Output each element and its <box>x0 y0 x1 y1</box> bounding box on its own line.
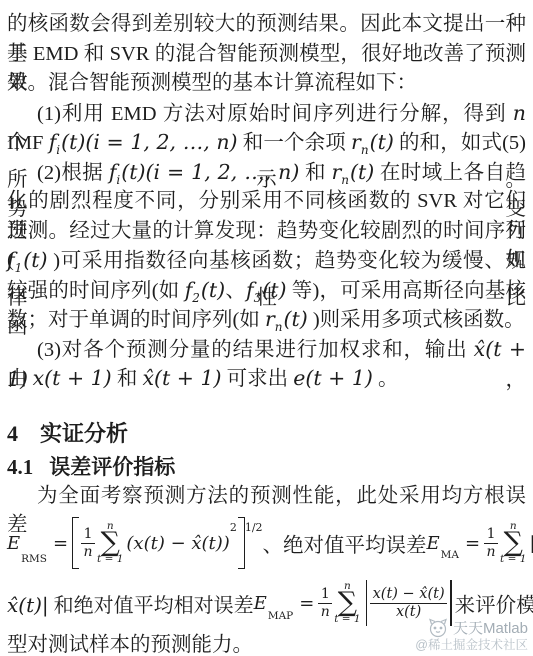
math-f-3-of-t: f3(t) <box>246 280 286 302</box>
paragraph-text: 来评价模 <box>455 588 533 618</box>
formula-e-ma: EMA = 1n n∑t = 1 |x(t) − <box>427 521 533 565</box>
formula-line: ERMS = 1n n∑t = 1 (x(t) − x̂(t))2 1/2 、绝… <box>7 511 526 575</box>
math-f-i-of-t: fi(t) <box>49 132 86 154</box>
text-line: 数；对于单调的时间序列(如 rn(t) )则采用多项式核函数。 <box>7 305 526 335</box>
text-line: 为全面考察预测方法的预测性能，此处采用均方根误差 <box>7 482 526 512</box>
step2-text: 数；对于单调的时间序列(如 <box>7 309 265 331</box>
paragraph-text: x̂(t)| 和绝对值平均相对误差 <box>7 589 254 618</box>
section-number: 4.1 <box>7 455 33 479</box>
text-line: 果。混合智能预测模型的基本计算流程如下： <box>7 69 526 99</box>
watermark-subtitle: @稀土掘金技术社区 <box>415 638 528 653</box>
section-number: 4 <box>7 421 18 446</box>
text-line: 于 EMD 和 SVR 的混合智能预测模型，很好地改善了预测效 <box>7 40 526 70</box>
section-title: 实证分析 <box>40 421 128 446</box>
step1-text: 和一个余项 <box>238 132 352 154</box>
math-r-n-of-t: rn(t) <box>331 162 374 184</box>
absolute-value-bar <box>366 580 368 626</box>
math-index-range: (i = 1, 2, …, n) <box>146 160 300 184</box>
step3-text: 可求出 <box>222 368 294 390</box>
paper-page: 的核函数会得到差别较大的预测结果。因此本文提出一种基 于 EMD 和 SVR 的… <box>0 0 533 656</box>
step2-text: (2)根据 <box>37 162 109 184</box>
step3-text: 由 <box>7 368 33 390</box>
text-line: (1)利用 EMD 方法对原始时间序列进行分解，得到 n 个 <box>7 99 526 129</box>
summation-icon: n∑t = 1 <box>97 521 123 565</box>
watermark-cat-logo-icon <box>427 618 449 638</box>
text-line: 较强的时间序列(如 f2(t)、f3(t) 等)，可采用高斯径向基核函 <box>7 276 526 306</box>
section-heading-4: 4实证分析 <box>7 419 526 449</box>
text-line: f1(t) )可采用指数径向基核函数；趋势变化较为缓慢、规律性比 <box>7 246 526 276</box>
math-r-n-of-t: rn(t) <box>351 132 394 154</box>
summation-icon: n∑t = 1 <box>500 521 526 565</box>
math-f-i-of-t: fi(t) <box>109 162 146 184</box>
step3-text: 。 <box>373 368 399 390</box>
formula-e-rms: ERMS = 1n n∑t = 1 (x(t) − x̂(t))2 1/2 <box>7 517 263 569</box>
math-n: n <box>513 101 526 125</box>
section-title: 误差评价指标 <box>49 455 175 479</box>
text-line: 预测。经过大量的计算发现：趋势变化较剧烈的时间序列(如 <box>7 217 526 247</box>
left-bracket-icon <box>72 517 79 569</box>
math-f-1-of-t: f1(t) <box>7 250 47 272</box>
math-xhat-t-plus-1: x̂(t + 1) <box>142 366 221 390</box>
step3-text: 和 <box>112 368 143 390</box>
math-index-range: (i = 1, 2, …, n) <box>85 130 237 154</box>
text-line: (2)根据 fi(t)(i = 1, 2, …, n) 和 rn(t) 在时域上… <box>7 158 526 188</box>
fraction-1-over-n: 1n <box>81 526 95 559</box>
fraction-relative-error: x(t) − x̂(t)x(t) <box>370 586 447 620</box>
list-separator: 、 <box>225 280 246 302</box>
math-e-t-plus-1: e(t + 1) <box>293 366 373 390</box>
fraction-1-over-n: 1n <box>484 526 498 559</box>
right-bracket-icon <box>238 517 245 569</box>
imf-label: IMF <box>7 132 49 154</box>
step1-text: (1)利用 EMD 方法对原始时间序列进行分解，得到 <box>37 103 513 125</box>
text-line: 化的剧烈程度不同，分别采用不同核函数的 SVR 对它们进行 <box>7 187 526 217</box>
text-line: IMF fi(t)(i = 1, 2, …, n) 和一个余项 rn(t) 的和… <box>7 128 526 158</box>
text-line: 的核函数会得到差别较大的预测结果。因此本文提出一种基 <box>7 10 526 40</box>
section-heading-4-1: 4.1误差评价指标 <box>7 452 526 482</box>
text-line: (3)对各个预测分量的结果进行加权求和，输出 x̂(t + 1) ， <box>7 335 526 365</box>
paragraph-text: 、绝对值平均误差 <box>263 528 427 558</box>
watermark: 天天Matlab @稀土掘金技术社区 <box>415 618 528 653</box>
math-r-n-of-t: rn(t) <box>265 309 308 331</box>
step2-text: )则采用多项式核函数。 <box>308 309 525 331</box>
step2-text: 较强的时间序列(如 <box>7 280 185 302</box>
watermark-row: 天天Matlab <box>415 618 528 638</box>
math-x-t-plus-1: x(t + 1) <box>33 366 112 390</box>
fraction-1-over-n: 1n <box>318 586 332 619</box>
watermark-title: 天天Matlab <box>453 620 528 637</box>
step2-text: 和 <box>299 162 331 184</box>
math-f-2-of-t: f2(t) <box>185 280 225 302</box>
summation-icon: n∑t = 1 <box>334 581 360 625</box>
step3-text: (3)对各个预测分量的结果进行加权求和，输出 <box>37 339 474 361</box>
